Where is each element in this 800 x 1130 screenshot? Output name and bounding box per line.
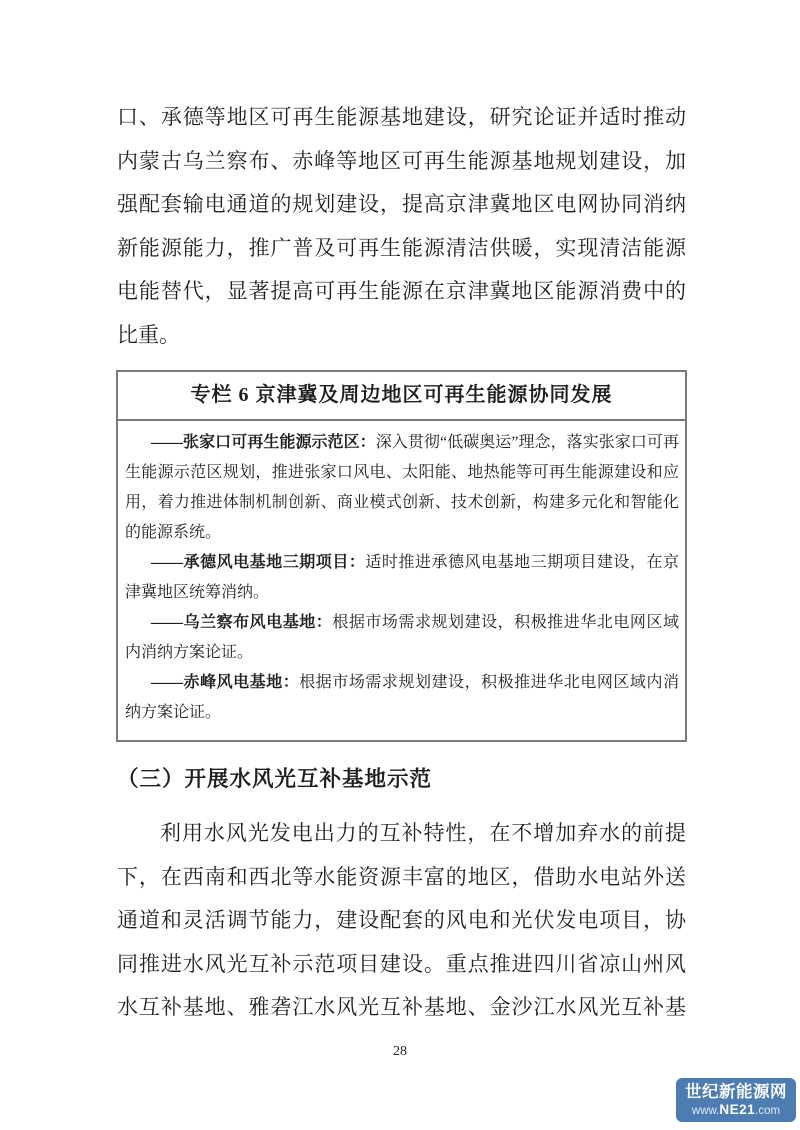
box-item-lead: ——张家口可再生能源示范区： [151, 434, 376, 451]
box-item-lead: ——赤峰风电基地： [151, 674, 299, 691]
text-line: 同推进水风光互补示范项目建设。重点推进四川省凉山州风 [117, 943, 686, 987]
box-item-lead: ——乌兰察布风电基地： [151, 614, 332, 631]
ne21-watermark-logo: 世纪新能源网 www.NE21.com [676, 1078, 796, 1122]
feature-box-title: 专栏 6 京津冀及周边地区可再生能源协同发展 [118, 372, 685, 421]
logo-url-www: www. [692, 1105, 719, 1117]
text-line: 电能替代，显著提高可再生能源在京津冀地区能源消费中的 [117, 270, 686, 314]
text-line: 水互补基地、雅砻江水风光互补基地、金沙江水风光互补基 [117, 986, 686, 1030]
text-line: 内蒙古乌兰察布、赤峰等地区可再生能源基地规划建设，加 [117, 140, 686, 184]
text-line: 强配套输电通道的规划建设，提高京津冀地区电网协同消纳 [117, 183, 686, 227]
paragraph-hydro-wind-solar: 利用水风光发电出力的互补特性，在不增加弃水的前提 下，在西南和西北等水能资源丰富… [117, 812, 686, 1030]
page-number: 28 [0, 1044, 800, 1060]
box-item-chifeng: ——赤峰风电基地：根据市场需求规划建设，积极推进华北电网区域内消纳方案论证。 [125, 668, 679, 728]
box-item-chengde: ——承德风电基地三期项目：适时推进承德风电基地三期项目建设，在京津冀地区统筹消纳… [125, 548, 679, 608]
logo-site-url: www.NE21.com [676, 1102, 796, 1119]
text-line: 下，在西南和西北等水能资源丰富的地区，借助水电站外送 [117, 856, 686, 900]
box-item-lead: ——承德风电基地三期项目： [151, 554, 365, 571]
text-line: 通道和灵活调节能力，建设配套的风电和光伏发电项目，协 [117, 899, 686, 943]
text-line: 口、承德等地区可再生能源基地建设，研究论证并适时推动 [117, 96, 686, 140]
logo-url-com: .com [755, 1105, 780, 1117]
box-item-ulanqab: ——乌兰察布风电基地：根据市场需求规划建设，积极推进华北电网区域内消纳方案论证。 [125, 608, 679, 668]
section-heading: （三）开展水风光互补基地示范 [117, 762, 432, 793]
box-item-zhangjiakou: ——张家口可再生能源示范区：深入贯彻“低碳奥运”理念，落实张家口可再生能源示范区… [125, 428, 679, 548]
paragraph-consumption: 口、承德等地区可再生能源基地建设，研究论证并适时推动 内蒙古乌兰察布、赤峰等地区… [117, 96, 686, 357]
text-line: 比重。 [117, 314, 686, 358]
text-line: 新能源能力，推广普及可再生能源清洁供暖，实现清洁能源 [117, 227, 686, 271]
logo-site-name: 世纪新能源网 [676, 1082, 796, 1102]
feature-box-body: ——张家口可再生能源示范区：深入贯彻“低碳奥运”理念，落实张家口可再生能源示范区… [118, 421, 685, 728]
logo-url-ne21: NE21 [719, 1102, 755, 1117]
text-line: 利用水风光发电出力的互补特性，在不增加弃水的前提 [117, 812, 686, 856]
feature-box-column-6: 专栏 6 京津冀及周边地区可再生能源协同发展 ——张家口可再生能源示范区：深入贯… [116, 370, 687, 742]
document-page: 口、承德等地区可再生能源基地建设，研究论证并适时推动 内蒙古乌兰察布、赤峰等地区… [0, 0, 800, 1130]
